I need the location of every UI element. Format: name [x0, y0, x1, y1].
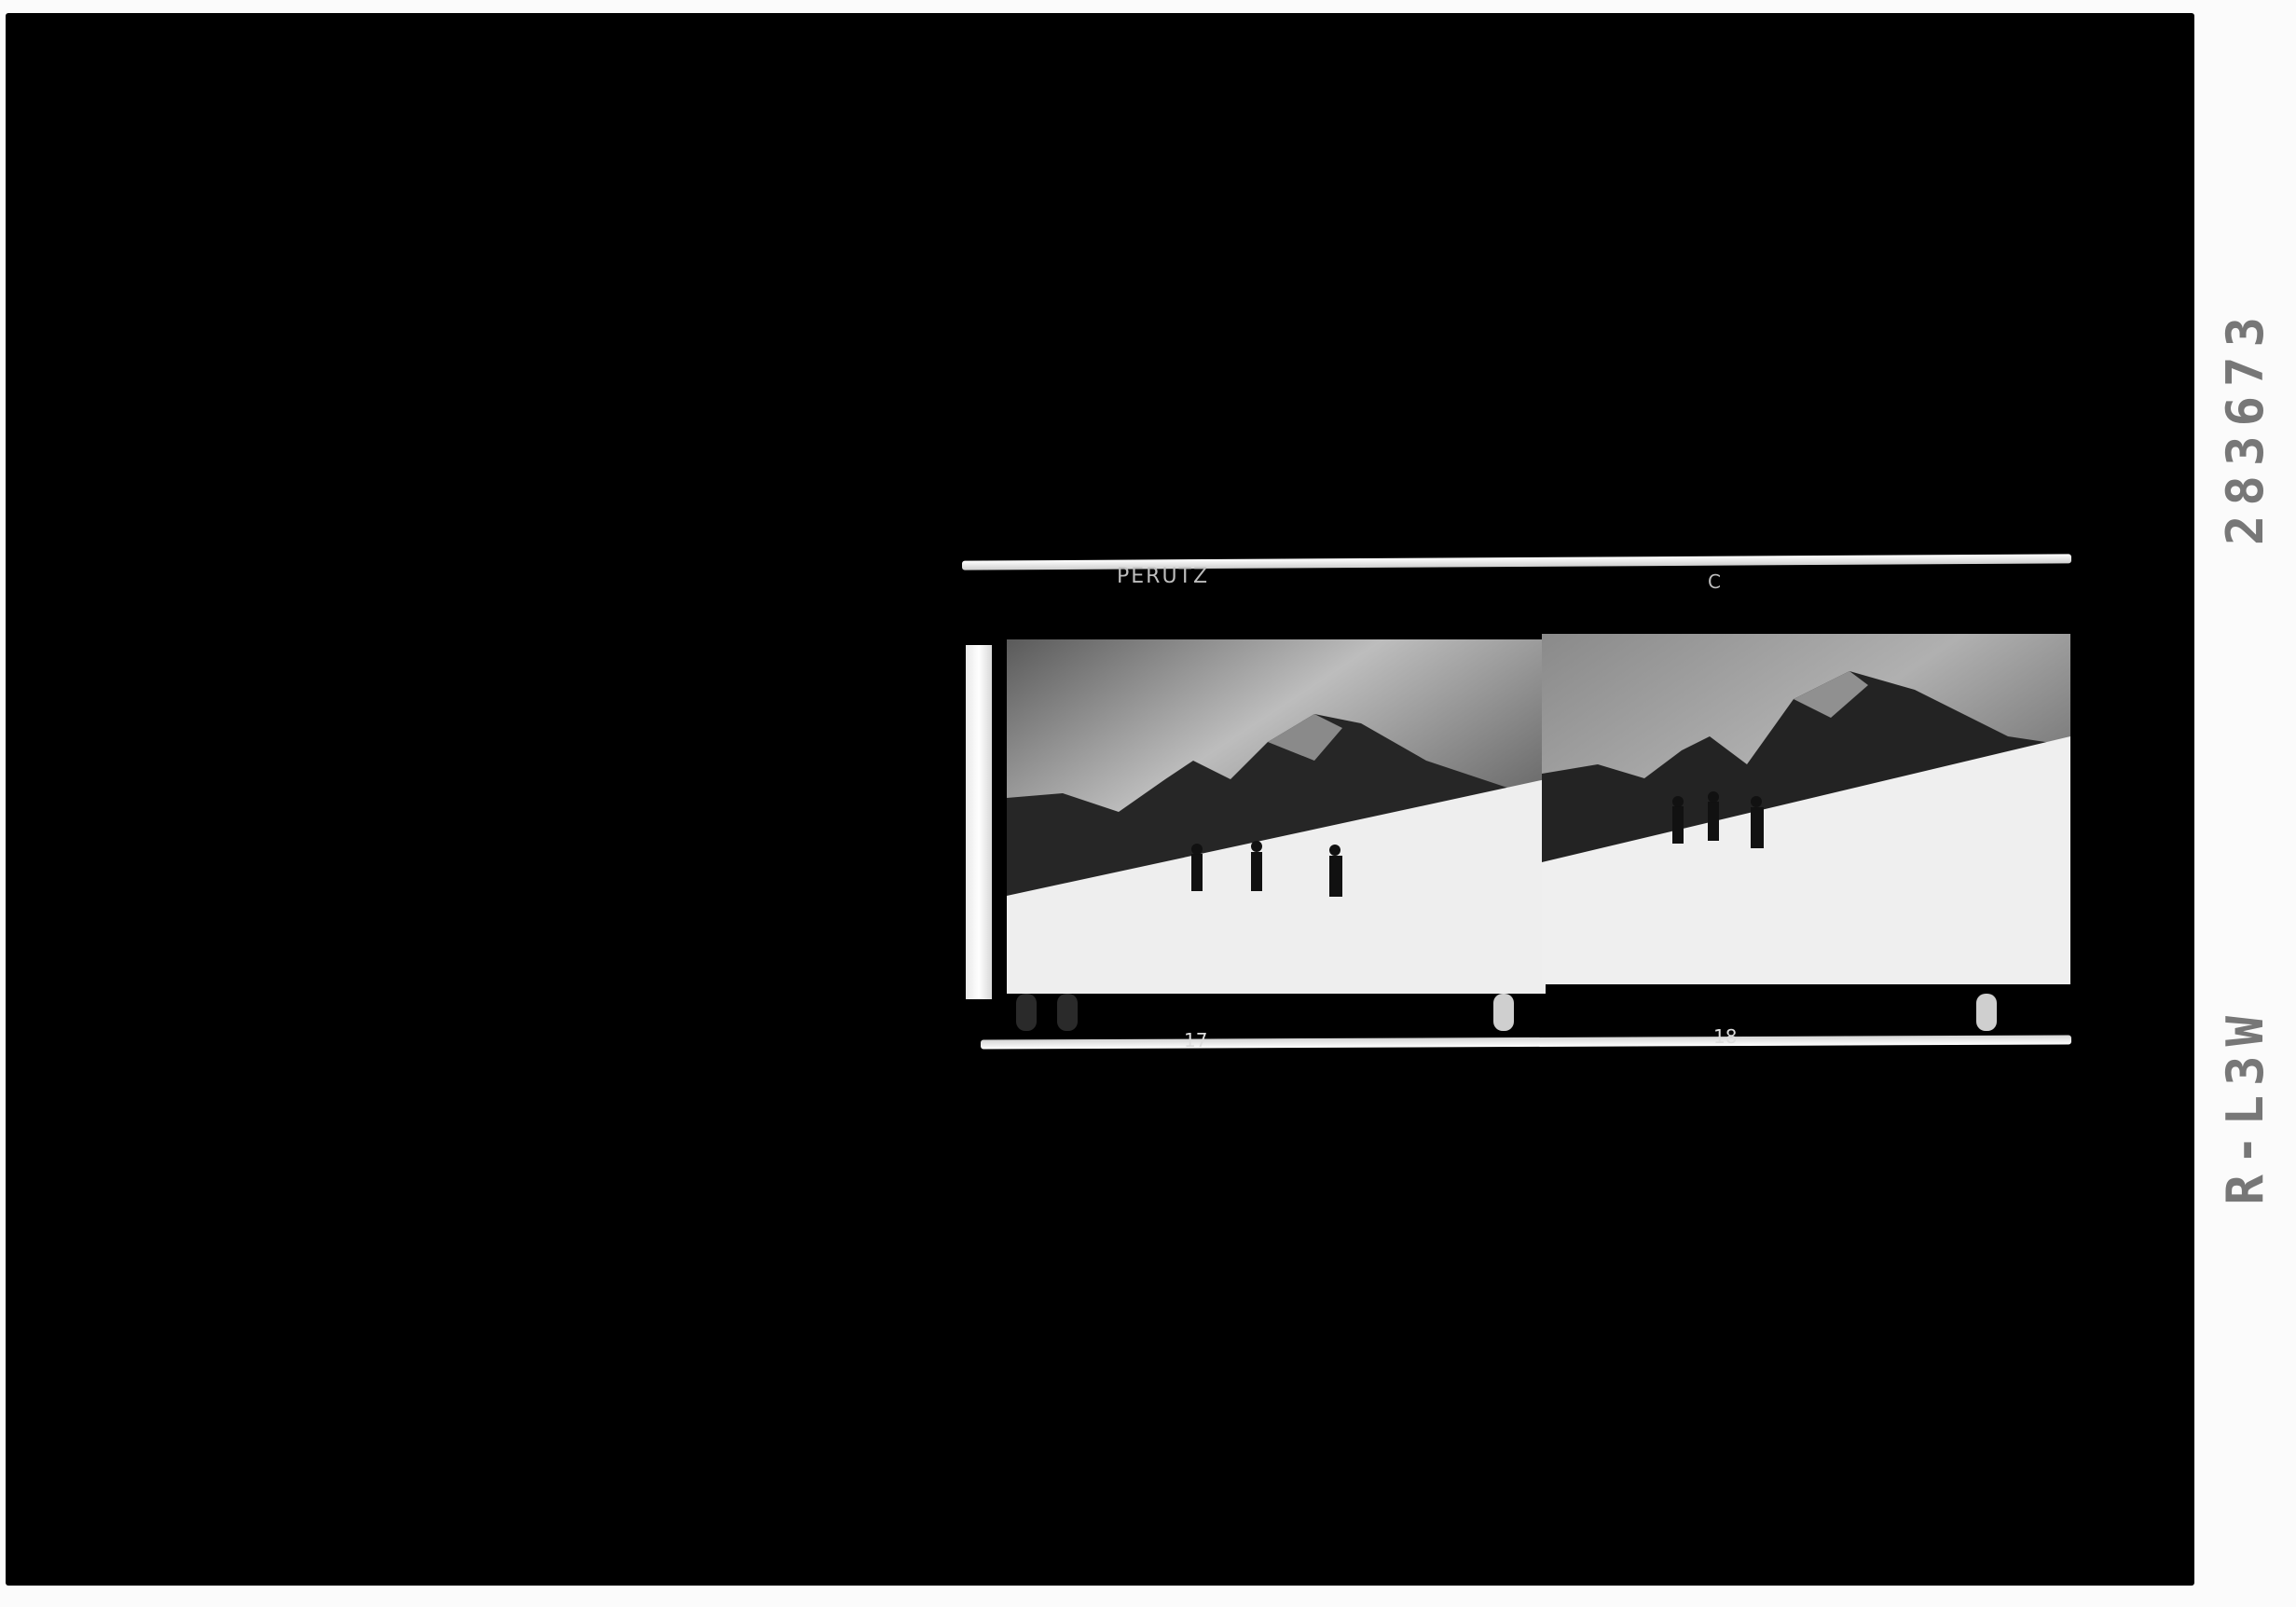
- photo-frame-17: [1007, 639, 1546, 994]
- film-edge-marker: C: [1708, 570, 1723, 593]
- sheet-code: R-L3W: [2216, 1007, 2275, 1205]
- catalog-number-label: 283673: [2217, 308, 2273, 545]
- film-strip: PERUTZ C: [962, 556, 2073, 1064]
- film-edge-bottom: [981, 1035, 2071, 1049]
- negative-sheet: PERUTZ C: [6, 13, 2194, 1586]
- photo-frame-18: [1542, 634, 2070, 984]
- film-brand-text: PERUTZ: [1117, 565, 1209, 588]
- film-leader: [966, 645, 992, 999]
- frame-number-17: 17: [1184, 1029, 1207, 1051]
- frame-number-18: 18: [1713, 1025, 1737, 1048]
- code-label: R-L3W: [2217, 1007, 2273, 1205]
- sprocket-hole: [1016, 994, 1037, 1031]
- sprocket-hole: [1976, 994, 1997, 1031]
- sprocket-hole: [1493, 994, 1514, 1031]
- catalog-number: 283673: [2216, 308, 2275, 545]
- sprocket-hole: [1057, 994, 1078, 1031]
